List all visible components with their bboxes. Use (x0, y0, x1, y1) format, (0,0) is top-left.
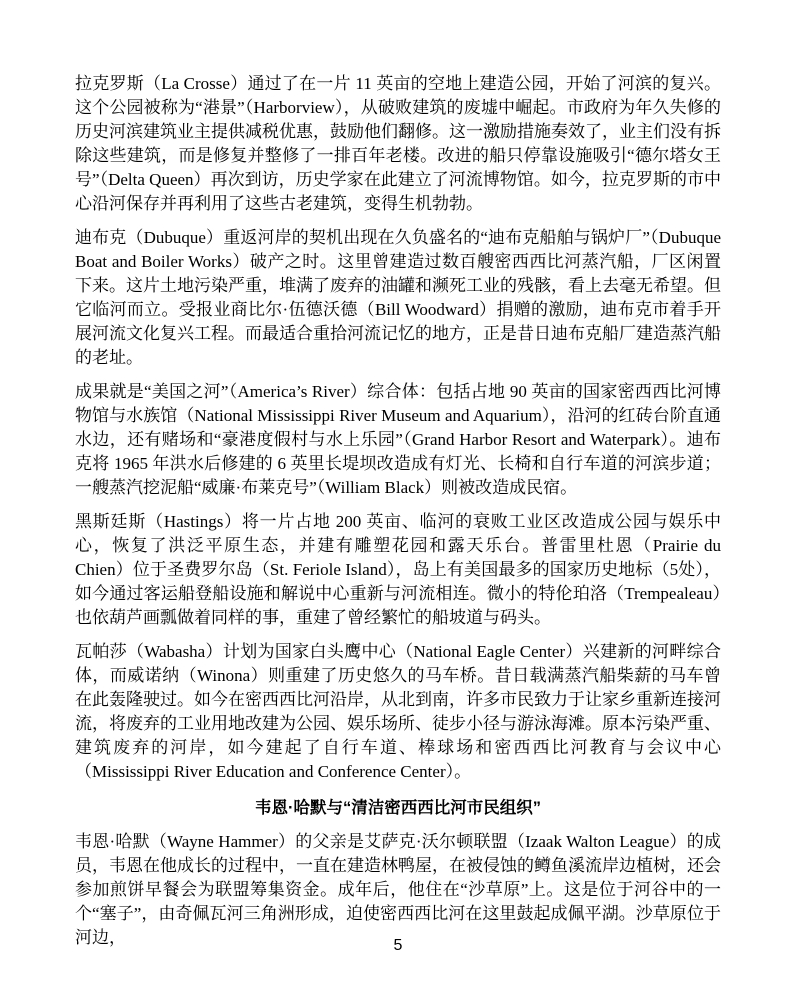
paragraph-americas-river: 成果就是“美国之河”（America’s River）综合体：包括占地 90 英… (75, 380, 721, 500)
page-number: 5 (0, 934, 796, 958)
paragraph-dubuque: 迪布克（Dubuque）重返河岸的契机出现在久负盛名的“迪布克船舶与锅炉厂”（D… (75, 226, 721, 370)
paragraph-hastings-prairie-du-chien: 黑斯廷斯（Hastings）将一片占地 200 英亩、临河的衰败工业区改造成公园… (75, 510, 721, 630)
section-heading-wayne-hammer: 韦恩·哈默与“清洁密西西比河市民组织” (75, 796, 721, 820)
document-page: 拉克罗斯（La Crosse）通过了在一片 11 英亩的空地上建造公园，开始了河… (0, 0, 796, 1000)
paragraph-wabasha-winona: 瓦帕莎（Wabasha）计划为国家白头鹰中心（National Eagle Ce… (75, 640, 721, 784)
paragraph-la-crosse: 拉克罗斯（La Crosse）通过了在一片 11 英亩的空地上建造公园，开始了河… (75, 72, 721, 216)
paragraph-wayne-hammer: 韦恩·哈默（Wayne Hammer）的父亲是艾萨克·沃尔顿联盟（Izaak W… (75, 830, 721, 950)
